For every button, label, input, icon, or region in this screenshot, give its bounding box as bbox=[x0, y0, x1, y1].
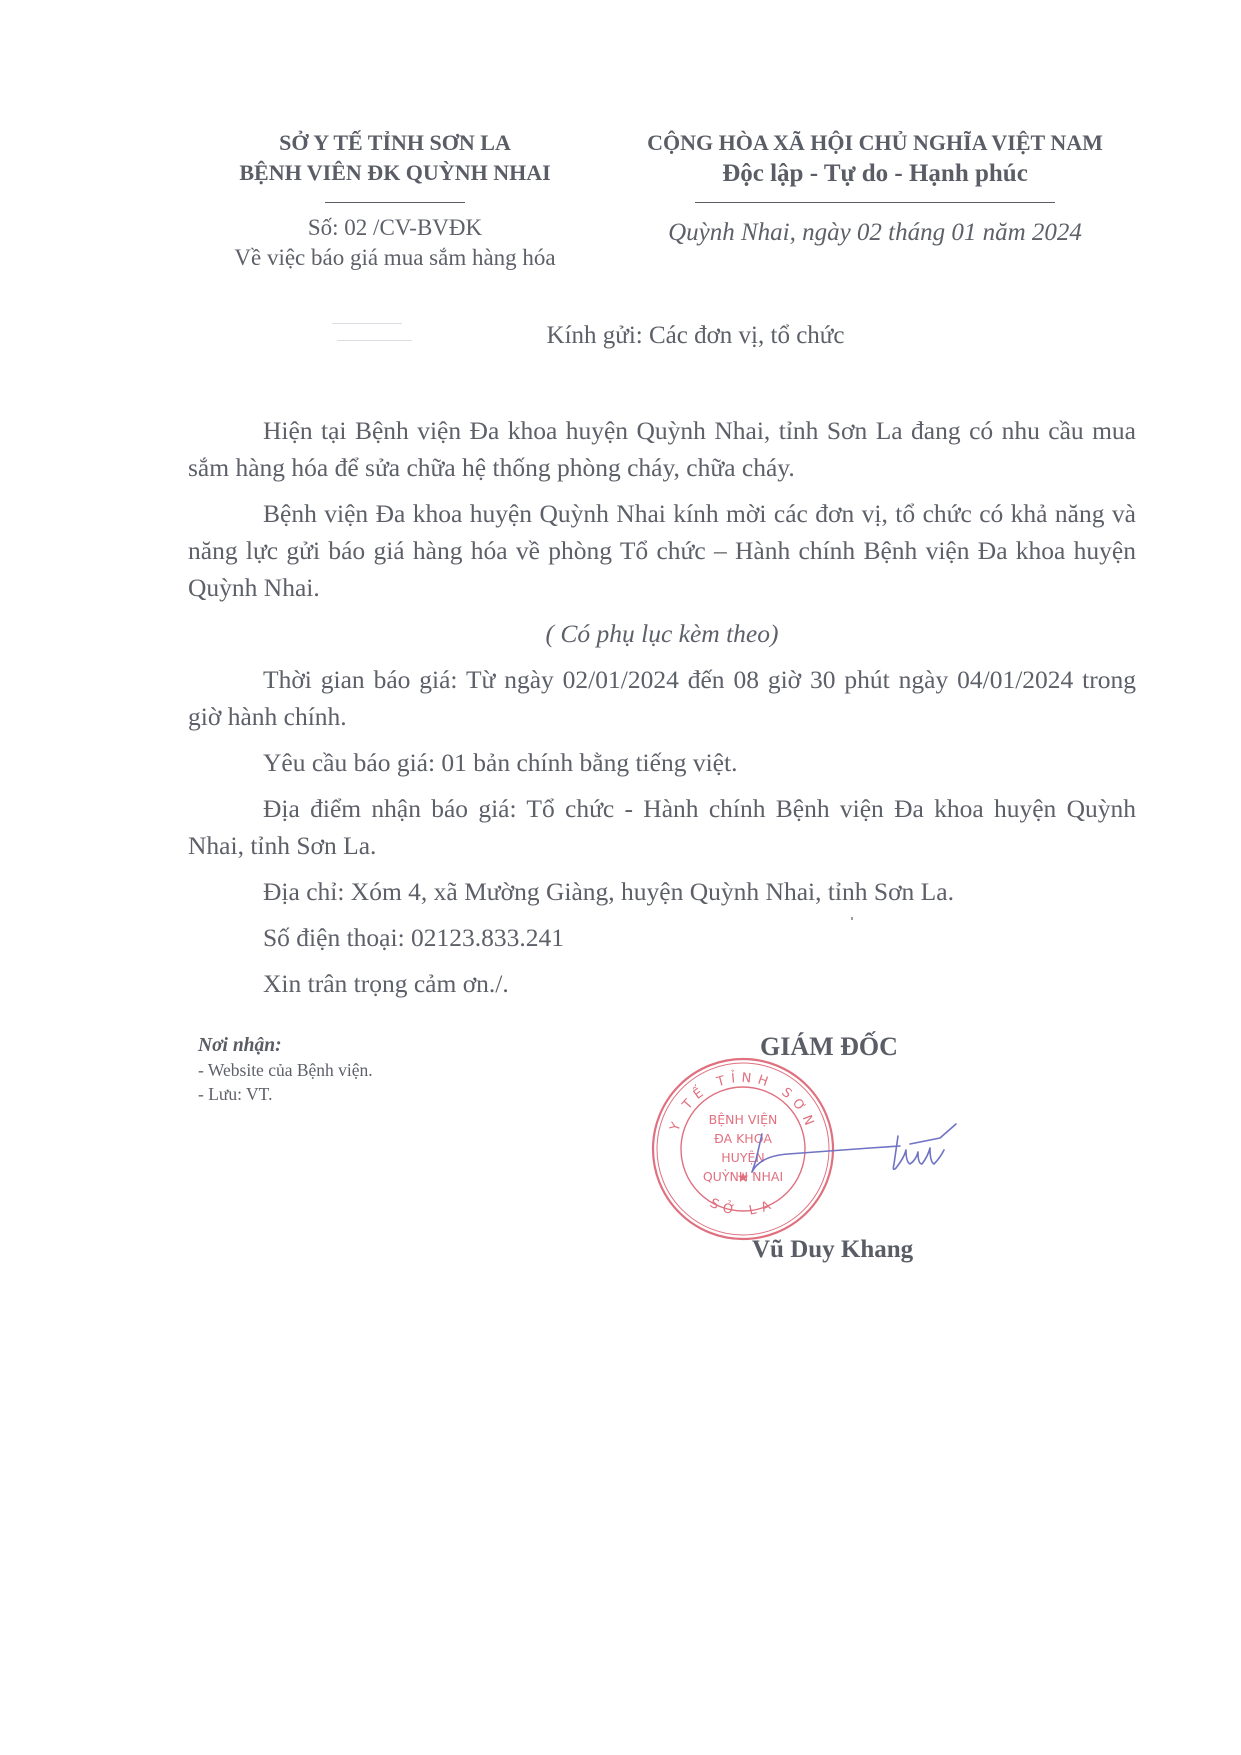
appendix-note: ( Có phụ lục kèm theo) bbox=[188, 615, 1136, 652]
phone-number: Số điện thoại: 02123.833.241 bbox=[188, 919, 1136, 956]
document-page: SỞ Y TẾ TỈNH SƠN LA BỆNH VIÊN ĐK QUỲNH N… bbox=[0, 0, 1241, 1755]
recipient-item: - Website của Bệnh viện. bbox=[198, 1058, 558, 1082]
national-motto: Độc lập - Tự do - Hạnh phúc bbox=[610, 158, 1140, 190]
recipient-item: - Lưu: VT. bbox=[198, 1082, 558, 1106]
header-divider-right bbox=[695, 202, 1055, 203]
signatory-title: GIÁM ĐỐC bbox=[760, 1032, 940, 1062]
recipients-list: Nơi nhận: - Website của Bệnh viện. - Lưu… bbox=[198, 1034, 558, 1106]
addressee-line: Kính gửi: Các đơn vị, tổ chức bbox=[0, 322, 1241, 350]
national-header: CỘNG HÒA XÃ HỘI CHỦ NGHĨA VIỆT NAM Độc l… bbox=[610, 128, 1140, 249]
quote-time: Thời gian báo giá: Từ ngày 02/01/2024 đế… bbox=[188, 661, 1136, 735]
svg-text:SỞ LA: SỞ LA bbox=[707, 1196, 778, 1219]
closing-line: Xin trân trọng cảm ơn./. bbox=[188, 965, 1136, 1002]
quote-location: Địa điểm nhận báo giá: Tổ chức - Hành ch… bbox=[188, 790, 1136, 864]
national-title: CỘNG HÒA XÃ HỘI CHỦ NGHĨA VIỆT NAM bbox=[610, 128, 1140, 158]
issuing-agency: BỆNH VIÊN ĐK QUỲNH NHAI bbox=[190, 158, 600, 188]
scan-artifact bbox=[851, 917, 853, 920]
document-number: Số: 02 /CV-BVĐK bbox=[190, 213, 600, 243]
body-paragraph: Bệnh viện Đa khoa huyện Quỳnh Nhai kính … bbox=[188, 495, 1136, 606]
signer-name: Vũ Duy Khang bbox=[752, 1236, 972, 1264]
place-date-line: Quỳnh Nhai, ngày 02 tháng 01 năm 2024 bbox=[610, 217, 1140, 249]
recipients-title: Nơi nhận: bbox=[198, 1034, 558, 1058]
address: Địa chỉ: Xóm 4, xã Mường Giàng, huyện Qu… bbox=[188, 873, 1136, 910]
handwritten-signature-icon bbox=[700, 1110, 970, 1190]
quote-requirement: Yêu cầu báo giá: 01 bản chính bằng tiếng… bbox=[188, 744, 1136, 781]
letter-body: Hiện tại Bệnh viện Đa khoa huyện Quỳnh N… bbox=[188, 412, 1136, 1011]
document-subject: Về việc báo giá mua sắm hàng hóa bbox=[190, 243, 600, 273]
parent-agency: SỞ Y TẾ TỈNH SƠN LA bbox=[190, 128, 600, 158]
header-divider-left bbox=[325, 202, 465, 203]
body-paragraph: Hiện tại Bệnh viện Đa khoa huyện Quỳnh N… bbox=[188, 412, 1136, 486]
issuing-agency-header: SỞ Y TẾ TỈNH SƠN LA BỆNH VIÊN ĐK QUỲNH N… bbox=[190, 128, 600, 273]
